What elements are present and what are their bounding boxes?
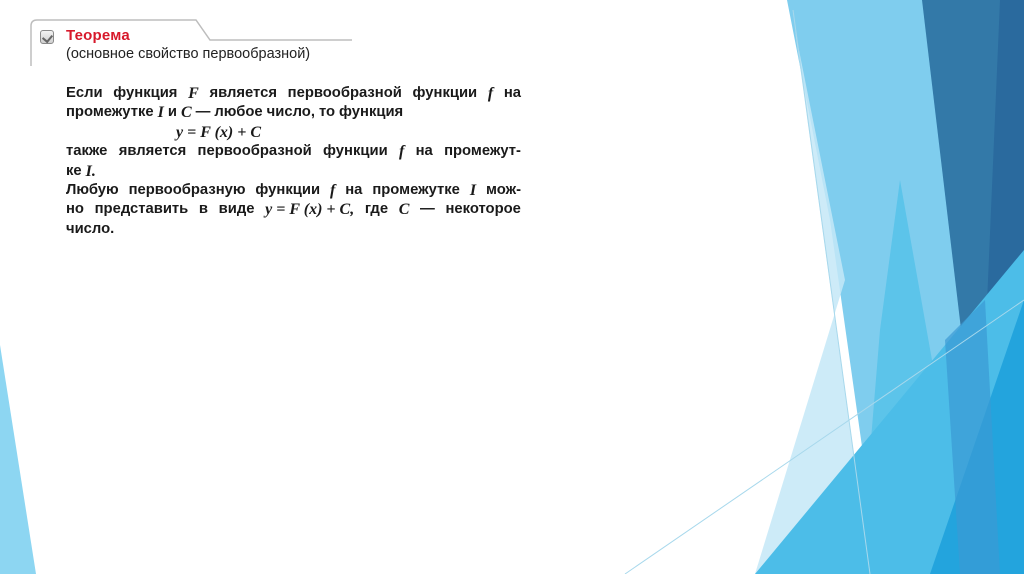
text-line: y = F (x) + C [66,123,521,142]
word: число, [267,103,315,122]
text-line: промежуткеIиC—любоечисло,тофункция [66,103,521,122]
word: число. [66,220,114,239]
math-token: C [181,103,192,122]
word: промежутке [66,103,154,122]
word: Любую [66,181,119,200]
word: функция [339,103,403,122]
theorem-body: ЕслифункцияFявляетсяпервообразнойфункции… [66,84,521,239]
word: Если [66,84,103,103]
math-token: f [488,84,493,103]
word: также [66,142,107,161]
text-line: кеI. [66,162,521,181]
text-line: такжеявляетсяпервообразнойфункцииfнапром… [66,142,521,161]
math-token: C [399,200,410,219]
word: функции [323,142,388,161]
text-line: ЕслифункцияFявляетсяпервообразнойфункции… [66,84,521,103]
word: промежут- [444,142,521,161]
word: функции [255,181,320,200]
math-token: I [158,103,164,122]
word: но [66,200,84,219]
text-line: число. [66,220,521,239]
word: в [199,200,208,219]
text-line: ЛюбуюпервообразнуюфункцииfнапромежуткеIм… [66,181,521,200]
word: на [345,181,362,200]
math-token: f [399,142,404,161]
word: и [168,103,177,122]
math-token: y = F (x) + C [176,123,261,142]
math-token: F [188,84,199,103]
word: — [420,200,435,219]
word: некоторое [445,200,520,219]
word: представить [95,200,189,219]
word: первообразной [288,84,402,103]
word: на [504,84,521,103]
theorem-frame [0,0,400,80]
word: где [365,200,388,219]
math-token: y = F (x) + C, [265,200,354,219]
word: является [119,142,187,161]
text-line: нопредставитьввидеy = F (x) + C,гдеC—нек… [66,200,521,219]
word: — [196,103,211,122]
left-accent-triangle [0,345,36,574]
word: на [416,142,433,161]
word: промежутке [372,181,460,200]
word: функции [413,84,478,103]
checkbox-icon [40,30,54,44]
word: то [319,103,335,122]
word: любое [214,103,262,122]
theorem-subtitle: (основное свойство первообразной) [66,46,310,62]
word: ке [66,162,82,181]
word: первообразной [198,142,312,161]
math-token: f [330,181,335,200]
math-token: I [470,181,476,200]
word: является [209,84,277,103]
word: виде [219,200,255,219]
word: мож- [486,181,521,200]
word: первообразную [129,181,246,200]
word: функция [113,84,177,103]
math-token: I. [86,162,96,181]
theorem-title: Теорема [66,27,130,44]
